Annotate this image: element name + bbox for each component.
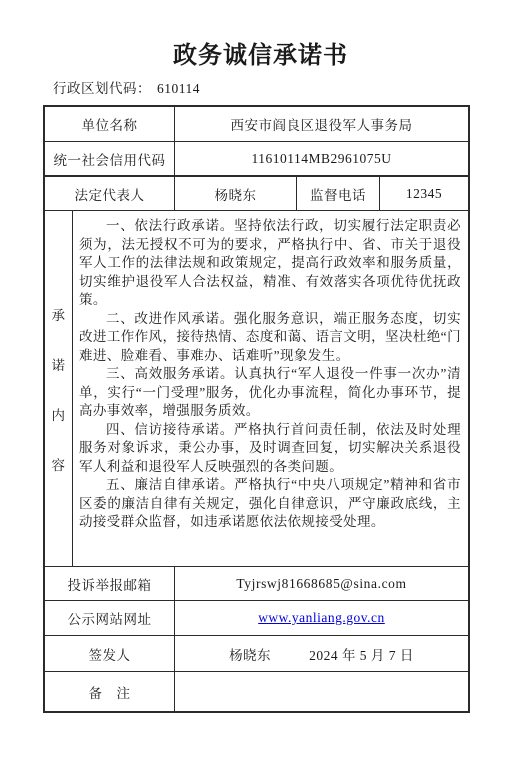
commitment-paragraph-2: 二、改进作风承诺。强化服务意识，端正服务态度，切实改进工作作风，接待热情、态度和…: [79, 310, 461, 366]
table-row-issuer: 签发人 杨晓东 2024 年 5 月 7 日: [45, 636, 468, 672]
admin-division-code-value: 610114: [157, 81, 200, 96]
unit-name-value: 西安市阎良区退役军人事务局: [175, 107, 468, 141]
page-title: 政务诚信承诺书: [0, 43, 521, 70]
website-value-cell: www.yanliang.gov.cn: [175, 601, 468, 635]
supervision-phone-label: 监督电话: [297, 177, 380, 210]
table-row-commitment-content: 承 诺 内 容 一、依法行政承诺。坚持依法行政，切实履行法定职责必须为，法无授权…: [45, 211, 468, 567]
credit-code-label: 统一社会信用代码: [45, 142, 175, 175]
legal-rep-label: 法定代表人: [45, 177, 175, 210]
unit-name-label: 单位名称: [45, 107, 175, 141]
issuer-label: 签发人: [45, 636, 175, 671]
commitment-label-char: 容: [52, 454, 66, 474]
website-label: 公示网站网址: [45, 601, 175, 635]
admin-division-code-line: 行政区划代码：610114: [53, 81, 521, 97]
credit-code-value: 11610114MB2961075U: [175, 142, 468, 175]
document-page: 政务诚信承诺书 行政区划代码：610114 单位名称 西安市阎良区退役军人事务局…: [0, 0, 521, 713]
commitment-content-cell: 一、依法行政承诺。坚持依法行政，切实履行法定职责必须为，法无授权不可为的要求，严…: [73, 211, 468, 566]
table-row-credit-code: 统一社会信用代码 11610114MB2961075U: [45, 142, 468, 177]
complaint-email-value: Tyjrswj81668685@sina.com: [175, 567, 468, 600]
table-row-remarks: 备 注: [45, 672, 468, 711]
remarks-label: 备 注: [45, 672, 175, 711]
issue-date: 2024 年 5 月 7 日: [309, 644, 414, 664]
commitment-table: 单位名称 西安市阎良区退役军人事务局 统一社会信用代码 11610114MB29…: [43, 105, 470, 713]
commitment-paragraph-1: 一、依法行政承诺。坚持依法行政，切实履行法定职责必须为，法无授权不可为的要求，严…: [79, 217, 461, 310]
legal-rep-value: 杨晓东: [175, 177, 297, 210]
admin-division-code-label: 行政区划代码：: [53, 81, 151, 96]
issuer-name: 杨晓东: [229, 644, 271, 664]
commitment-paragraph-3: 三、高效服务承诺。认真执行“军人退役一件事一次办”清单，实行“一门受理”服务，优…: [79, 365, 461, 421]
commitment-label-char: 承: [52, 304, 66, 324]
commitment-label-char: 诺: [52, 354, 66, 374]
table-row-legal-rep: 法定代表人 杨晓东 监督电话 12345: [45, 177, 468, 211]
table-row-unit-name: 单位名称 西安市阎良区退役军人事务局: [45, 107, 468, 142]
commitment-label-char: 内: [52, 404, 66, 424]
commitment-paragraph-5: 五、廉洁自律承诺。严格执行“中央八项规定”精神和省市区委的廉洁自律有关规定，强化…: [79, 476, 461, 532]
complaint-email-label: 投诉举报邮箱: [45, 567, 175, 600]
table-row-complaint-email: 投诉举报邮箱 Tyjrswj81668685@sina.com: [45, 567, 468, 601]
issuer-value-cell: 杨晓东 2024 年 5 月 7 日: [175, 636, 468, 671]
website-link[interactable]: www.yanliang.gov.cn: [258, 610, 385, 626]
supervision-phone-value: 12345: [380, 177, 468, 210]
remarks-value: [175, 672, 468, 711]
commitment-content-label: 承 诺 内 容: [45, 211, 73, 566]
table-row-website: 公示网站网址 www.yanliang.gov.cn: [45, 601, 468, 636]
commitment-paragraph-4: 四、信访接待承诺。严格执行首问责任制，依法及时处理服务对象诉求，秉公办事，及时调…: [79, 421, 461, 477]
